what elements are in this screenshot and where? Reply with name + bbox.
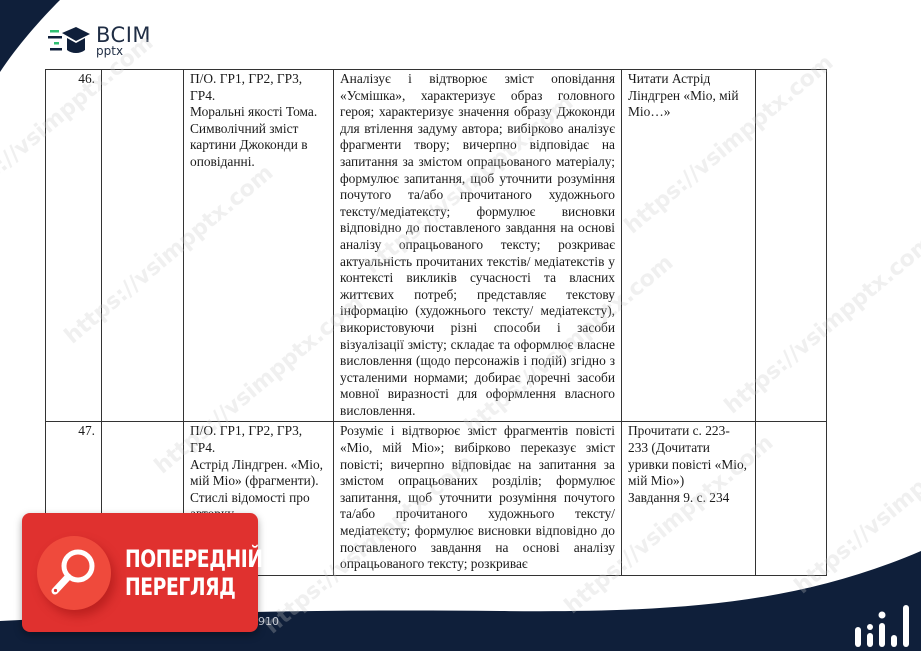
brand-sub: pptx <box>96 45 151 57</box>
preview-button[interactable]: ПОПЕРЕДНІЙ ПЕРЕГЛЯД <box>22 513 258 632</box>
preview-label: ПОПЕРЕДНІЙ ПЕРЕГЛЯД <box>125 545 263 601</box>
magnifier-icon <box>47 544 101 600</box>
learning-outcomes: Аналізує і відтворює зміст оповідання «У… <box>334 70 622 422</box>
notes <box>756 422 827 575</box>
brand-logo: BCIM pptx <box>48 24 151 58</box>
page-number: 910 <box>258 615 279 628</box>
lesson-number: 46. <box>46 70 102 422</box>
graduation-cap-icon <box>48 24 90 58</box>
magnifier-icon-circle <box>37 536 111 610</box>
bars-logo-icon <box>845 589 915 647</box>
lesson-topic: П/О. ГР1, ГР2, ГР3, ГР4. Моральні якості… <box>184 70 334 422</box>
homework: Прочитати с. 223-233 (Дочитати уривки по… <box>622 422 756 575</box>
notes <box>756 70 827 422</box>
lesson-date <box>102 70 184 422</box>
homework: Читати Астрід Ліндгрен «Міо, мій Міо…» <box>622 70 756 422</box>
lesson-plan-table: 46. П/О. ГР1, ГР2, ГР3, ГР4. Моральні як… <box>45 69 827 576</box>
table-row: 46. П/О. ГР1, ГР2, ГР3, ГР4. Моральні як… <box>46 70 827 422</box>
learning-outcomes: Розуміє і відтворює зміст фрагментів пов… <box>334 422 622 575</box>
brand-name: BCIM <box>96 25 151 46</box>
